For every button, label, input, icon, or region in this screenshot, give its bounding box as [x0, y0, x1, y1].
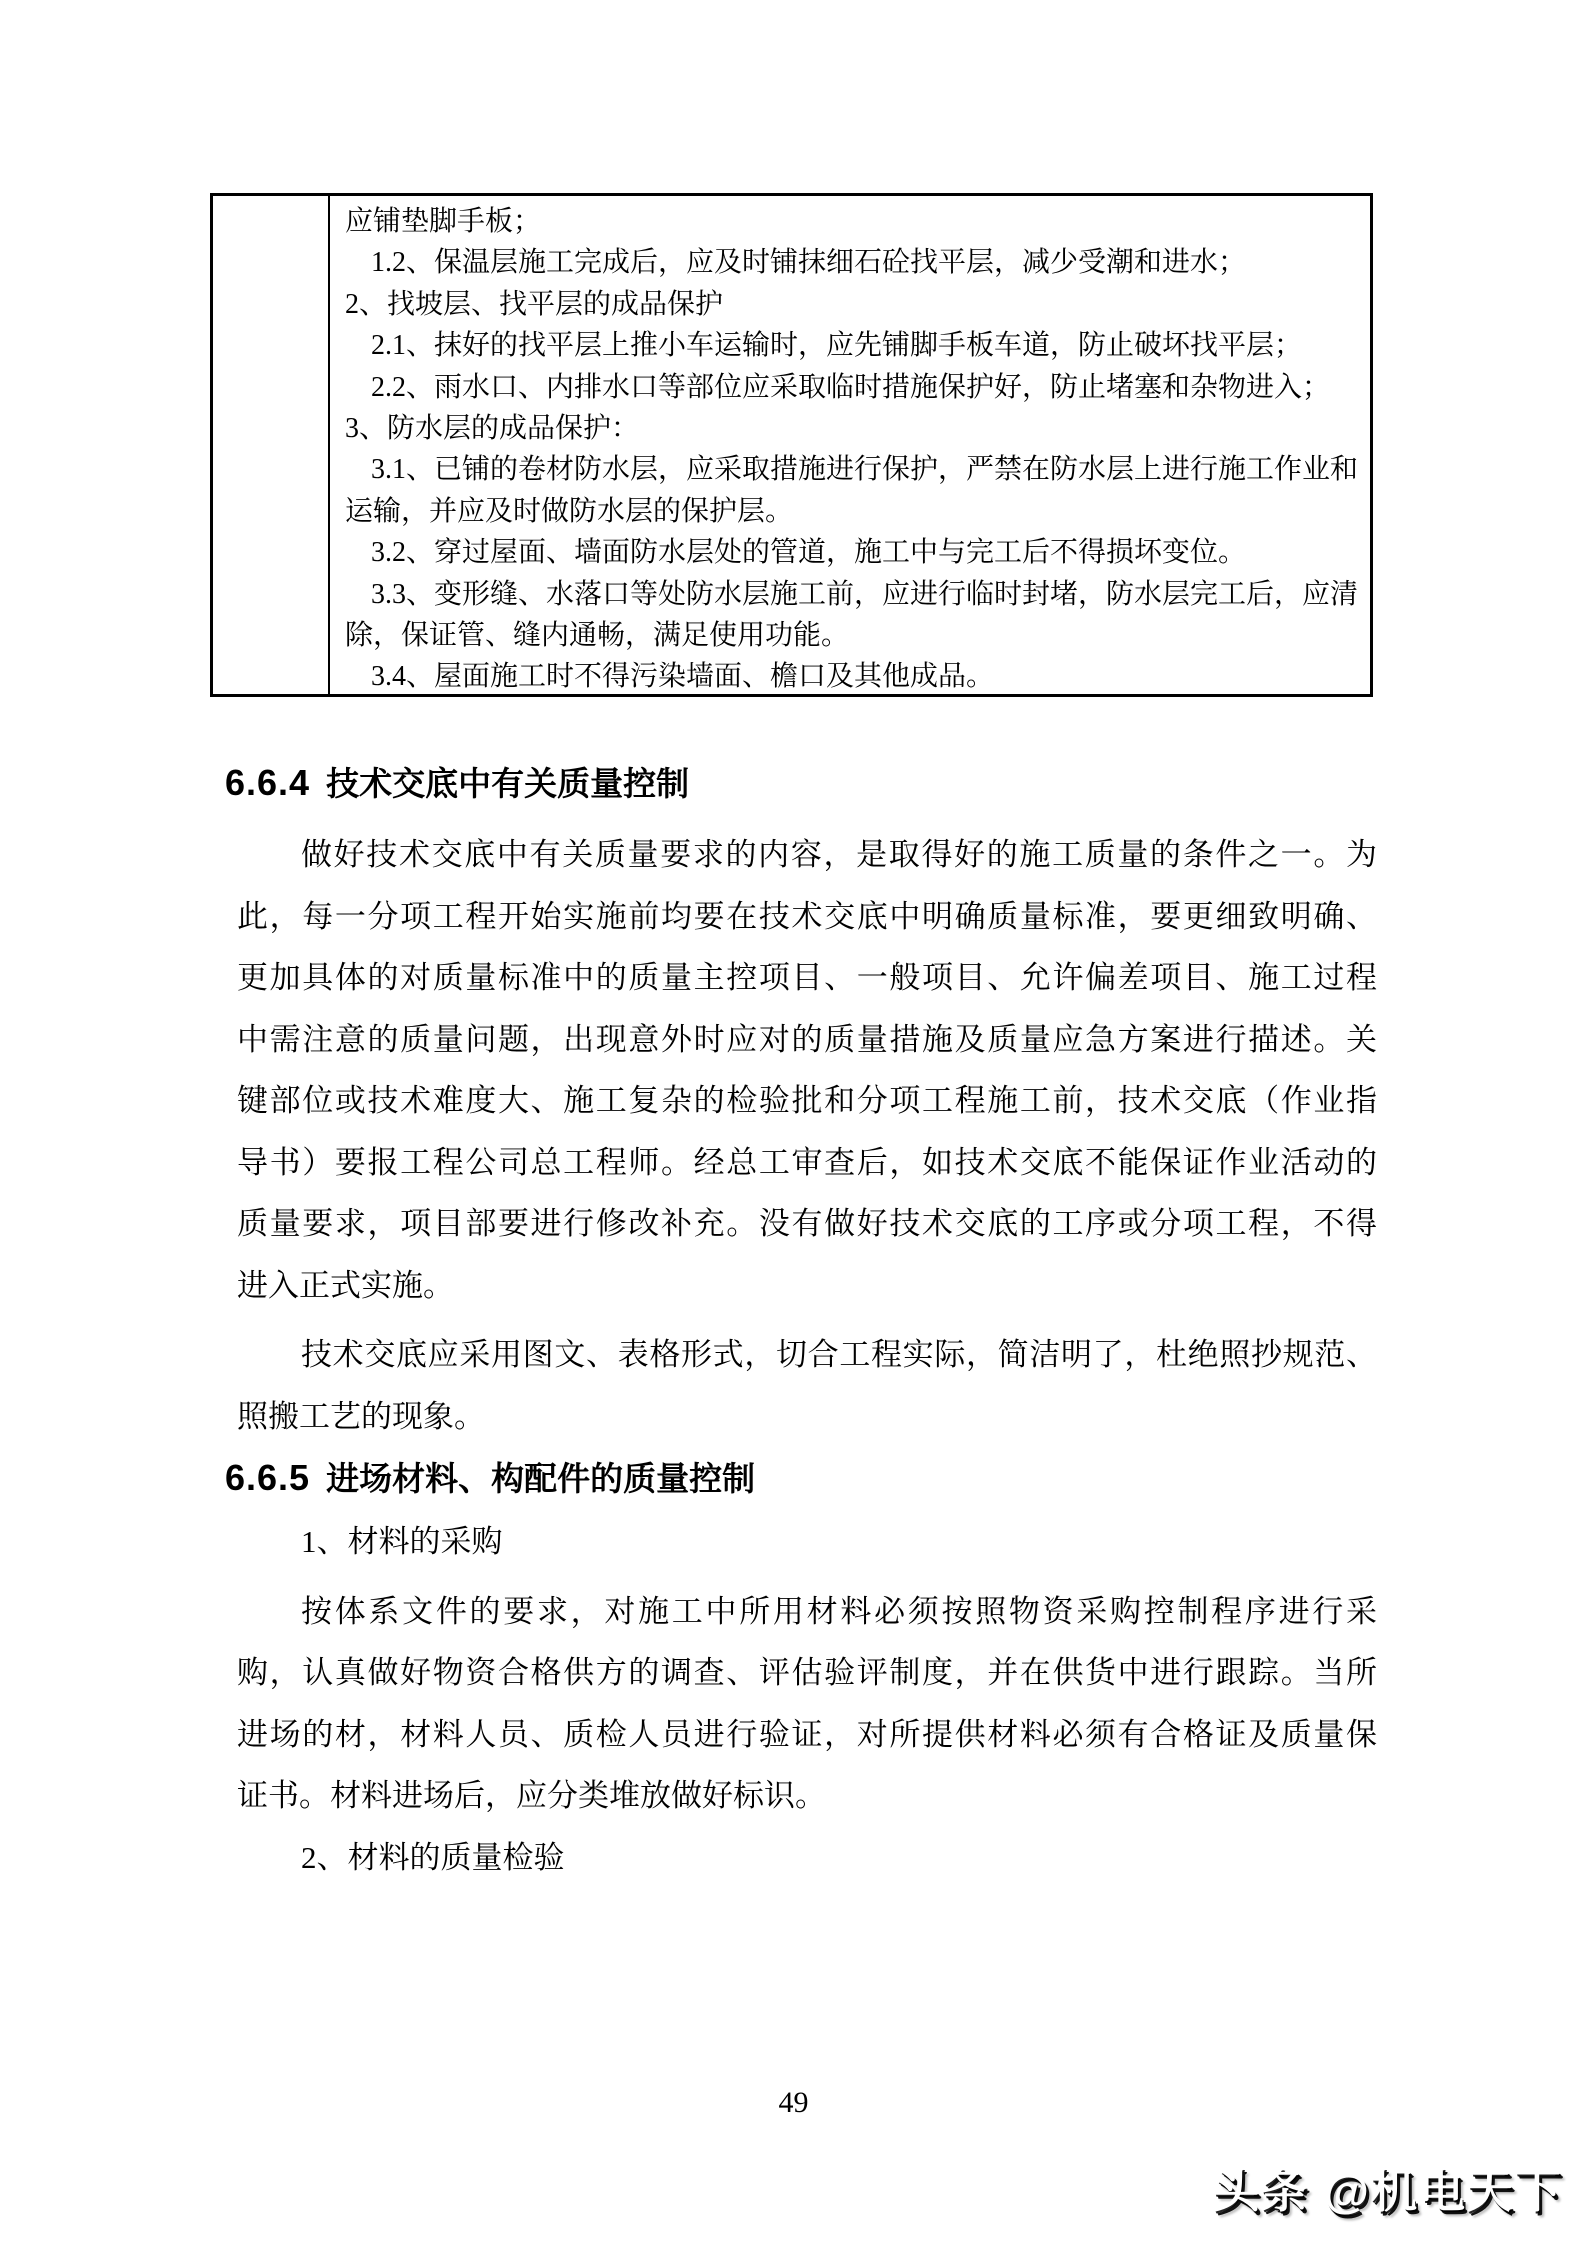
- paragraph-line: 技术交底应采用图文、表格形式，切合工程实际，简洁明了，杜绝照抄规范、: [225, 1324, 1377, 1386]
- paragraph-line: 质量要求，项目部要进行修改补充。没有做好技术交底的工序或分项工程，不得: [225, 1193, 1377, 1255]
- table-text-line: 3.3、变形缝、水落口等处防水层施工前，应进行临时封堵，防水层完工后，应清: [345, 574, 1356, 615]
- paragraph-line: 中需注意的质量问题，出现意外时应对的质量措施及质量应急方案进行描述。关: [225, 1009, 1377, 1071]
- section-title: 进场材料、构配件的质量控制: [326, 1462, 755, 1498]
- paragraph-line: 做好技术交底中有关质量要求的内容，是取得好的施工质量的条件之一。为: [225, 824, 1377, 886]
- section-title: 技术交底中有关质量控制: [326, 767, 689, 803]
- table-text-line: 2.1、抹好的找平层上推小车运输时，应先铺脚手板车道，防止破坏找平层；: [345, 325, 1356, 366]
- table-text-line: 除，保证管、缝内通畅，满足使用功能。: [345, 615, 1356, 656]
- paragraph-line: 键部位或技术难度大、施工复杂的检验批和分项工程施工前，技术交底（作业指: [225, 1070, 1377, 1132]
- document-body: 6.6.4技术交底中有关质量控制做好技术交底中有关质量要求的内容，是取得好的施工…: [225, 752, 1377, 1888]
- paragraph-line: 进入正式实施。: [225, 1255, 1377, 1317]
- list-item: 1、材料的采购: [225, 1511, 1377, 1573]
- section-number: 6.6.4: [225, 762, 310, 803]
- paragraph-line: 按体系文件的要求，对施工中所用材料必须按照物资采购控制程序进行采: [225, 1581, 1377, 1643]
- section-number: 6.6.5: [225, 1457, 310, 1498]
- table-content-cell: 应铺垫脚手板；1.2、保温层施工完成后，应及时铺抹细石砼找平层，减少受潮和进水；…: [330, 196, 1370, 694]
- paragraph-line: 导书）要报工程公司总工程师。经总工审查后，如技术交底不能保证作业活动的: [225, 1132, 1377, 1194]
- table-text-line: 3.2、穿过屋面、墙面防水层处的管道，施工中与完工后不得损坏变位。: [345, 532, 1356, 573]
- watermark-toutiao: 头条 @机电天下: [1213, 2155, 1563, 2221]
- table-text-line: 应铺垫脚手板；: [345, 201, 1356, 242]
- paragraph-line: 证书。材料进场后，应分类堆放做好标识。: [225, 1765, 1377, 1827]
- list-item: 2、材料的质量检验: [225, 1827, 1377, 1889]
- table-text-line: 2、找坡层、找平层的成品保护: [345, 284, 1356, 325]
- table-text-line: 2.2、雨水口、内排水口等部位应采取临时措施保护好，防止堵塞和杂物进入；: [345, 367, 1356, 408]
- paragraph-line: 此，每一分项工程开始实施前均要在技术交底中明确质量标准，要更细致明确、: [225, 886, 1377, 948]
- paragraph: 按体系文件的要求，对施工中所用材料必须按照物资采购控制程序进行采购，认真做好物资…: [225, 1581, 1377, 1827]
- table-text-line: 3、防水层的成品保护：: [345, 408, 1356, 449]
- paragraph-line: 照搬工艺的现象。: [225, 1386, 1377, 1448]
- table-text-line: 3.1、已铺的卷材防水层，应采取措施进行保护，严禁在防水层上进行施工作业和: [345, 449, 1356, 490]
- page-number: 49: [0, 2086, 1587, 2120]
- paragraph: 技术交底应采用图文、表格形式，切合工程实际，简洁明了，杜绝照抄规范、照搬工艺的现…: [225, 1324, 1377, 1447]
- paragraph-line: 更加具体的对质量标准中的质量主控项目、一般项目、允许偏差项目、施工过程: [225, 947, 1377, 1009]
- table-text-line: 3.4、屋面施工时不得污染墙面、檐口及其他成品。: [345, 656, 1356, 694]
- table-left-column: [213, 196, 330, 694]
- document-page: 应铺垫脚手板；1.2、保温层施工完成后，应及时铺抹细石砼找平层，减少受潮和进水；…: [0, 0, 1587, 2245]
- paragraph: 做好技术交底中有关质量要求的内容，是取得好的施工质量的条件之一。为此，每一分项工…: [225, 824, 1377, 1316]
- paragraph-line: 购，认真做好物资合格供方的调查、评估验评制度，并在供货中进行跟踪。当所: [225, 1642, 1377, 1704]
- table-text-line: 运输，并应及时做防水层的保护层。: [345, 491, 1356, 532]
- paragraph-line: 进场的材，材料人员、质检人员进行验证，对所提供材料必须有合格证及质量保: [225, 1704, 1377, 1766]
- section-heading: 6.6.5进场材料、构配件的质量控制: [225, 1447, 1377, 1511]
- table-text-line: 1.2、保温层施工完成后，应及时铺抹细石砼找平层，减少受潮和进水；: [345, 242, 1356, 283]
- section-heading: 6.6.4技术交底中有关质量控制: [225, 752, 1377, 816]
- quality-protection-table: 应铺垫脚手板；1.2、保温层施工完成后，应及时铺抹细石砼找平层，减少受潮和进水；…: [210, 193, 1373, 697]
